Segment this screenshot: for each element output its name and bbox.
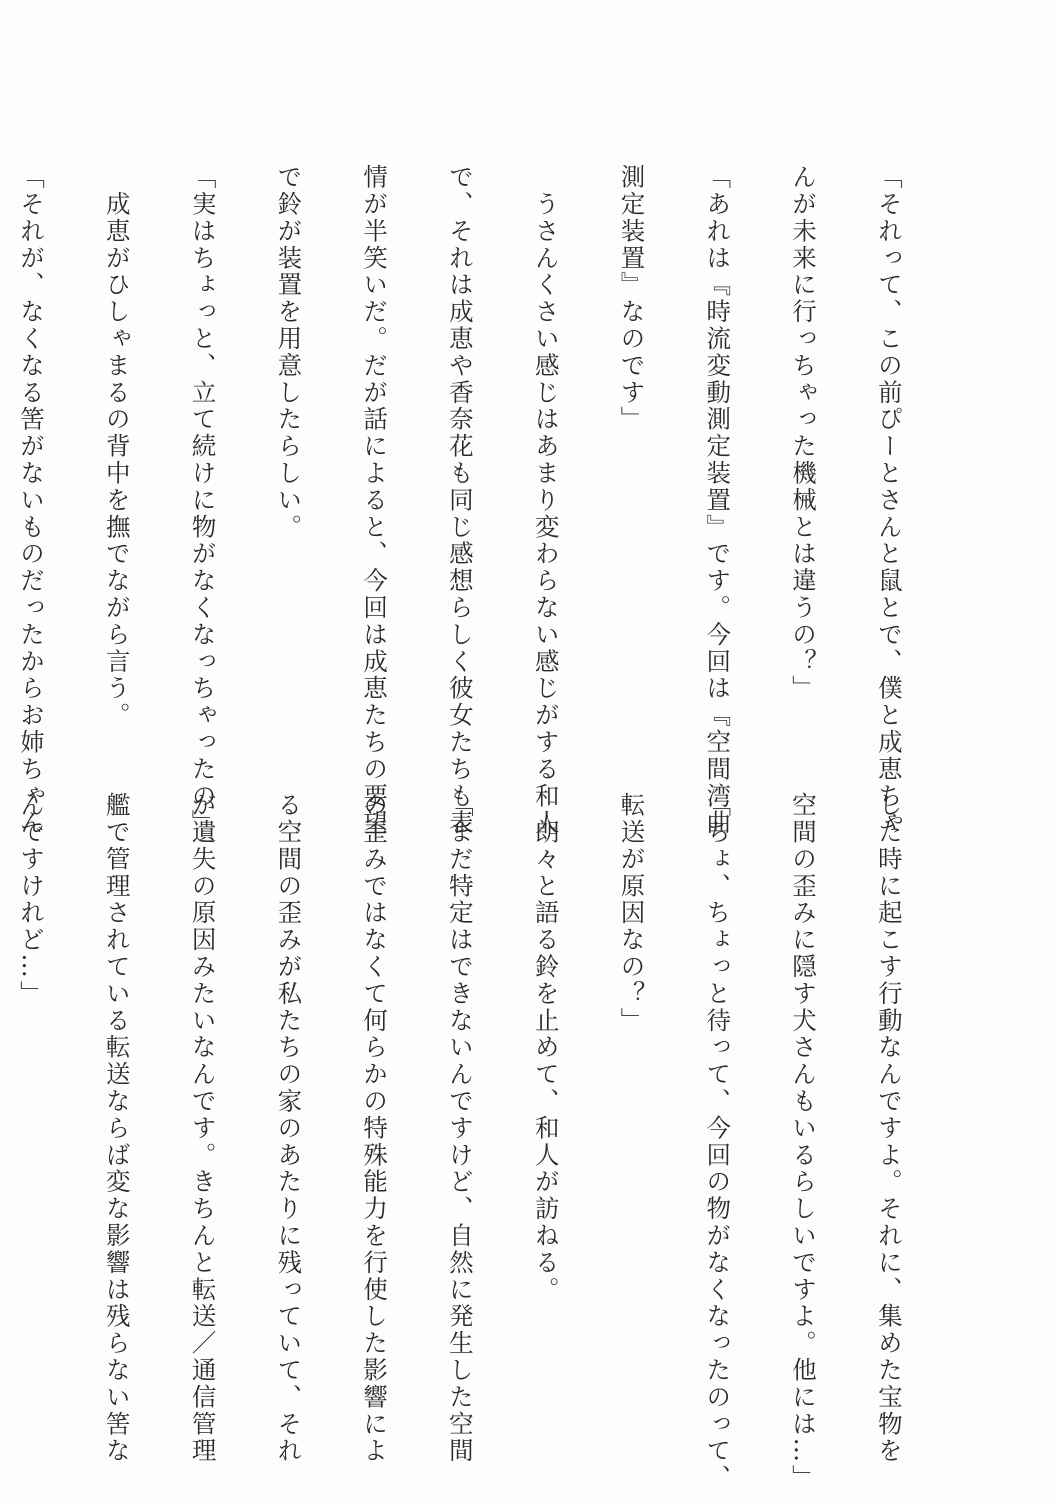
document-page: 「それって、この前ぴーとさんと鼠とで、僕と成恵ちゃ んが未来に行っちゃった機械と… (0, 0, 1053, 1505)
text-line: 成恵がひしゃまるの背中を撫でながら言う。 (102, 164, 131, 709)
text-line: 「ちょ、ちょっと待って、今回の物がなくなったのって、 (703, 792, 732, 1337)
text-line: 「それが、なくなる筈がないものだったからお姉ちゃん (16, 164, 45, 709)
text-line: 情が半笑いだ。だが話によると、今回は成恵たちの要望 (360, 164, 389, 709)
text-line: 空間の歪みに隠す犬さんもいるらしいですよ。他には…」 (788, 792, 817, 1337)
text-line: 艦で管理されている転送ならば変な影響は残らない筈な (102, 792, 131, 1337)
text-line: んですけれど…」 (16, 792, 45, 1337)
text-line: で、それは成恵や香奈花も同じ感想らしく彼女たちも表 (445, 164, 474, 709)
text-line: うさんくさい感じはあまり変わらない感じがする和人 (531, 164, 560, 709)
text-line: で鈴が装置を用意したらしい。 (274, 164, 303, 709)
text-block-bottom: した時に起こす行動なんですよ。それに、集めた宝物を 空間の歪みに隠す犬さんもいる… (0, 792, 960, 1337)
text-line: 「それって、この前ぴーとさんと鼠とで、僕と成恵ちゃ (874, 164, 903, 709)
text-line: 転送が原因なの？」 (617, 792, 646, 1337)
text-line: る空間の歪みが私たちの家のあたりに残っていて、それ (274, 792, 303, 1337)
text-line: した時に起こす行動なんですよ。それに、集めた宝物を (874, 792, 903, 1337)
text-line: が遺失の原因みたいなんです。きちんと転送／通信管理 (188, 792, 217, 1337)
text-line: 「あれは『時流変動測定装置』です。今回は『空間湾曲 (703, 164, 732, 709)
text-line: の歪みではなくて何らかの特殊能力を行使した影響によ (360, 792, 389, 1337)
text-block-top: 「それって、この前ぴーとさんと鼠とで、僕と成恵ちゃ んが未来に行っちゃった機械と… (0, 164, 960, 709)
text-line: 「まだ特定はできないんですけど、自然に発生した空間 (445, 792, 474, 1337)
text-line: 測定装置』なのです」 (617, 164, 646, 709)
text-line: 朗々と語る鈴を止めて、和人が訪ねる。 (531, 792, 560, 1337)
text-line: んが未来に行っちゃった機械とは違うの？」 (788, 164, 817, 709)
text-line: 「実はちょっと、立て続けに物がなくなっちゃったの」 (188, 164, 217, 709)
